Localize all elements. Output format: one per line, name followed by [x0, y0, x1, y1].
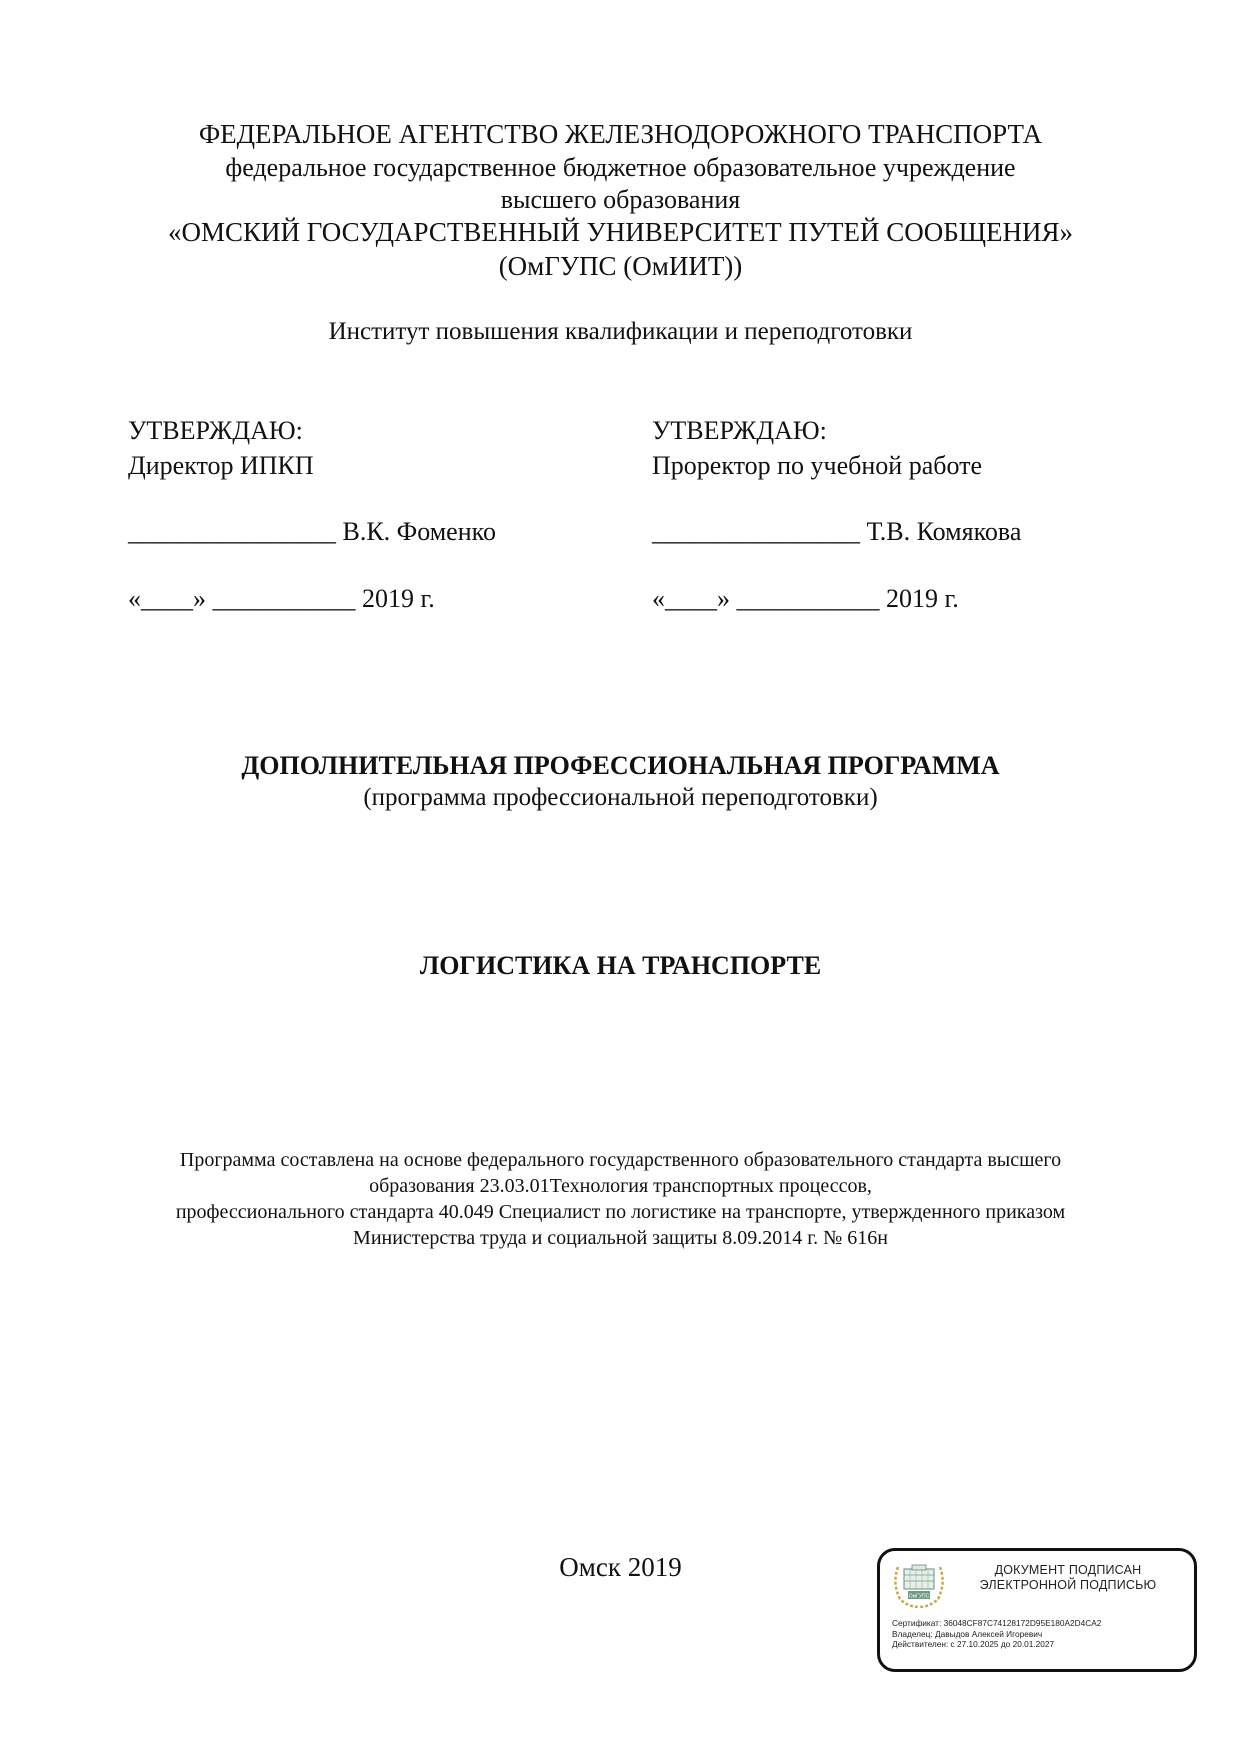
institution-type-line2: высшего образования: [0, 184, 1241, 216]
institute-name: Институт повышения квалификации и перепо…: [0, 318, 1241, 346]
electronic-signature-stamp: ОмГУПС ДОКУМЕНТ ПОДПИСАН ЭЛЕКТРОННОЙ ПОД…: [877, 1548, 1197, 1672]
basis-line: Министерства труда и социальной защиты 8…: [0, 1226, 1241, 1251]
svg-text:ОмГУПС: ОмГУПС: [909, 1594, 930, 1600]
approval-signature-line: ________________ В.К. Фоменко: [128, 515, 496, 549]
approval-date-line: «____» ___________ 2019 г.: [652, 582, 959, 616]
program-type-title: ДОПОЛНИТЕЛЬНАЯ ПРОФЕССИОНАЛЬНАЯ ПРОГРАММ…: [0, 751, 1241, 781]
basis-line: профессионального стандарта 40.049 Специ…: [0, 1200, 1241, 1225]
stamp-title-line1: ДОКУМЕНТ ПОДПИСАН: [948, 1563, 1188, 1578]
program-name: ЛОГИСТИКА НА ТРАНСПОРТЕ: [0, 951, 1241, 981]
stamp-title: ДОКУМЕНТ ПОДПИСАН ЭЛЕКТРОННОЙ ПОДПИСЬЮ: [948, 1563, 1188, 1593]
university-logo-icon: ОмГУПС: [890, 1559, 948, 1609]
approval-position: Директор ИПКП: [128, 449, 314, 483]
approval-signature-line: ________________ Т.В. Комякова: [652, 515, 1021, 549]
basis-line: образования 23.03.01Технология транспорт…: [0, 1174, 1241, 1199]
stamp-certificate-info: Сертификат: 36048CF87C74128172D95E180A2D…: [892, 1618, 1101, 1650]
institution-type-line1: федеральное государственное бюджетное об…: [0, 152, 1241, 184]
approval-position: Проректор по учебной работе: [652, 449, 982, 483]
program-subtitle: (программа профессиональной переподготов…: [0, 784, 1241, 812]
stamp-validity: Действителен: с 27.10.2025 до 20.01.2027: [892, 1639, 1101, 1650]
approval-heading: УТВЕРЖДАЮ:: [652, 414, 827, 448]
agency-name: ФЕДЕРАЛЬНОЕ АГЕНТСТВО ЖЕЛЕЗНОДОРОЖНОГО Т…: [0, 118, 1241, 150]
stamp-certificate: Сертификат: 36048CF87C74128172D95E180A2D…: [892, 1618, 1101, 1629]
basis-line: Программа составлена на основе федеральн…: [0, 1148, 1241, 1173]
approval-heading: УТВЕРЖДАЮ:: [128, 414, 303, 448]
stamp-owner: Владелец: Давыдов Алексей Игоревич: [892, 1629, 1101, 1640]
approval-date-line: «____» ___________ 2019 г.: [128, 582, 435, 616]
stamp-title-line2: ЭЛЕКТРОННОЙ ПОДПИСЬЮ: [948, 1578, 1188, 1593]
university-abbr: (ОмГУПС (ОмИИТ)): [0, 250, 1241, 282]
university-name: «ОМСКИЙ ГОСУДАРСТВЕННЫЙ УНИВЕРСИТЕТ ПУТЕ…: [0, 216, 1241, 248]
